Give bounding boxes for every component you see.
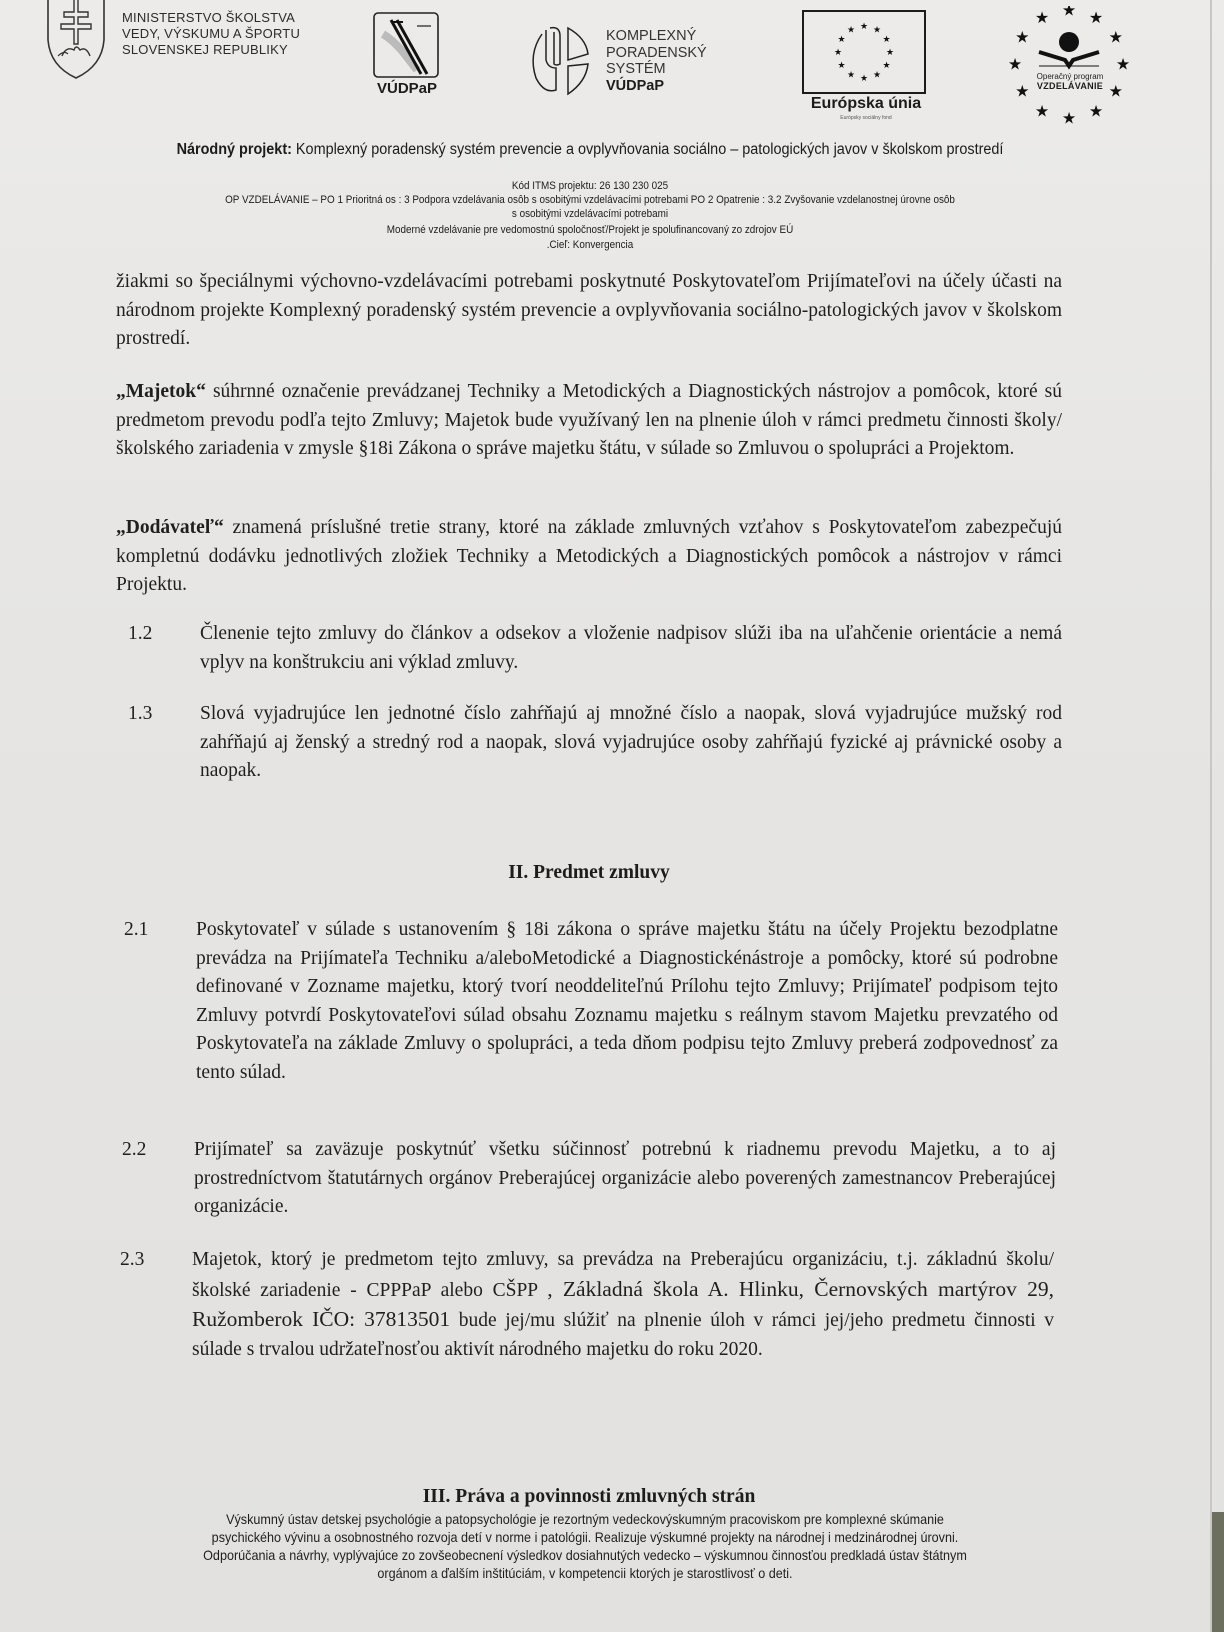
op-priority-line-2: s osobitými vzdelávacími potrebami [158,207,1022,221]
kps-line: SYSTÉM [606,61,707,78]
vudpap-logo-caption: VÚDPaP [372,80,442,97]
clause-1-2: 1.2 Členenie tejto zmluvy do článkov a o… [116,620,1062,677]
clause-number: 1.2 [116,620,200,677]
op-line-2: VZDELÁVANIE [1020,81,1120,91]
svg-text:★: ★ [860,21,868,31]
term-majetok: „Majetok“ [116,381,206,402]
eu-caption: Európska únia [792,95,940,113]
definition-text: súhrnné označenie prevádzanej Techniky a… [116,381,1062,459]
svg-text:★: ★ [1035,103,1049,120]
clause-text: Poskytovateľ v súlade s ustanovením § 18… [196,916,1058,1087]
svg-text:★: ★ [1109,30,1123,47]
footer-line: psychického vývinu a osobnostného rozvoj… [167,1528,1004,1546]
project-title-label: Národný projekt: [177,141,292,158]
project-title: Národný projekt: Komplexný poradenský sy… [144,140,1037,160]
svg-text:★: ★ [873,25,881,35]
modern-education-text: Moderné vzdelávanie pre vedomostnú spolo… [158,224,1022,236]
clause-number: 2.3 [108,1246,192,1364]
svg-text:★: ★ [1035,10,1049,27]
slovak-coat-of-arms-icon [44,0,108,85]
eu-subcaption: Európsky sociálny fond [792,115,940,121]
op-priority-line-1: OP VZDELÁVANIE – PO 1 Prioritná os : 3 P… [158,193,1022,207]
term-dodavatel: „Dodávateľ“ [116,517,224,538]
ministry-line: VEDY, VÝSKUMU A ŠPORTU [122,26,300,42]
svg-text:★: ★ [1062,6,1076,20]
definition-majetok: „Majetok“ súhrnné označenie prevádzanej … [116,378,1062,464]
ministry-line: MINISTERSTVO ŠKOLSTVA [122,10,300,26]
svg-text:★: ★ [886,47,894,57]
project-title-text: Komplexný poradenský systém prevencie a … [296,141,1003,158]
intro-paragraph: žiakmi so špeciálnymi výchovno-vzdelávac… [116,268,1062,354]
svg-text:★: ★ [1089,10,1103,27]
clause-number: 2.1 [112,916,196,1087]
op-vzdelavanie-text: Operačný program VZDELÁVANIE [1020,72,1120,91]
eu-flag-icon: ★★★★★★★★★★★★ [802,10,926,94]
itms-code: Kód ITMS projektu: 26 130 230 025 [158,180,1022,192]
footer-line: Odporúčania a návrhy, vyplývajúce zo zov… [167,1546,1004,1564]
definition-text: znamená príslušné tretie strany, ktoré n… [116,517,1062,595]
footer-text: Výskumný ústav detskej psychológie a pat… [167,1510,1004,1582]
clause-number: 2.2 [110,1136,194,1222]
kps-line: KOMPLEXNÝ [606,28,707,45]
svg-text:★: ★ [847,25,855,35]
kps-logo-icon [526,24,596,103]
section-heading-3: III. Práva a povinnosti zmluvných strán [116,1486,1062,1508]
svg-text:★: ★ [1089,103,1103,120]
op-vzdelavanie-logo-icon: ★★★★★★★★★★★★ [1005,6,1133,129]
clause-text: Členenie tejto zmluvy do článkov a odsek… [200,620,1062,677]
footer-line: orgánom a ďalším inštitúciám, v kompeten… [167,1564,1004,1582]
clause-text: Slová vyjadrujúce len jednotné číslo zah… [200,700,1062,786]
goal-text: .Cieľ: Konvergencia [158,239,1022,251]
clause-1-3: 1.3 Slová vyjadrujúce len jednotné číslo… [116,700,1062,786]
background-strip [1212,1512,1224,1632]
op-priority-text: OP VZDELÁVANIE – PO 1 Prioritná os : 3 P… [158,193,1022,221]
svg-text:★: ★ [847,70,855,80]
svg-text:★: ★ [882,34,890,44]
op-line-1: Operačný program [1020,72,1120,81]
clause-2-1: 2.1 Poskytovateľ v súlade s ustanovením … [112,916,1058,1087]
svg-text:★: ★ [837,34,845,44]
svg-text:★: ★ [1015,30,1029,47]
kps-line-bold: VÚDPaP [606,78,707,95]
svg-text:★: ★ [873,70,881,80]
svg-text:★: ★ [837,60,845,70]
clause-text: Prijímateľ sa zaväzuje poskytnúť všetku … [194,1136,1056,1222]
clause-text: Majetok, ktorý je predmetom tejto zmluvy… [192,1246,1054,1364]
svg-text:★: ★ [1062,111,1076,124]
ministry-line: SLOVENSKEJ REPUBLIKY [122,42,300,58]
section-heading-2: II. Predmet zmluvy [116,862,1062,884]
paper-edge [1210,0,1212,1632]
definition-dodavatel: „Dodávateľ“ znamená príslušné tretie str… [116,514,1062,600]
svg-text:★: ★ [860,73,868,83]
kps-logo-text: KOMPLEXNÝ PORADENSKÝ SYSTÉM VÚDPaP [606,28,707,94]
kps-line: PORADENSKÝ [606,45,707,62]
clause-2-2: 2.2 Prijímateľ sa zaväzuje poskytnúť vše… [110,1136,1056,1222]
clause-2-3: 2.3 Majetok, ktorý je predmetom tejto zm… [108,1246,1054,1364]
footer-line: Výskumný ústav detskej psychológie a pat… [167,1510,1004,1528]
clause-number: 1.3 [116,700,200,786]
ministry-name: MINISTERSTVO ŠKOLSTVA VEDY, VÝSKUMU A ŠP… [122,10,300,58]
svg-text:★: ★ [834,47,842,57]
svg-text:★: ★ [882,60,890,70]
